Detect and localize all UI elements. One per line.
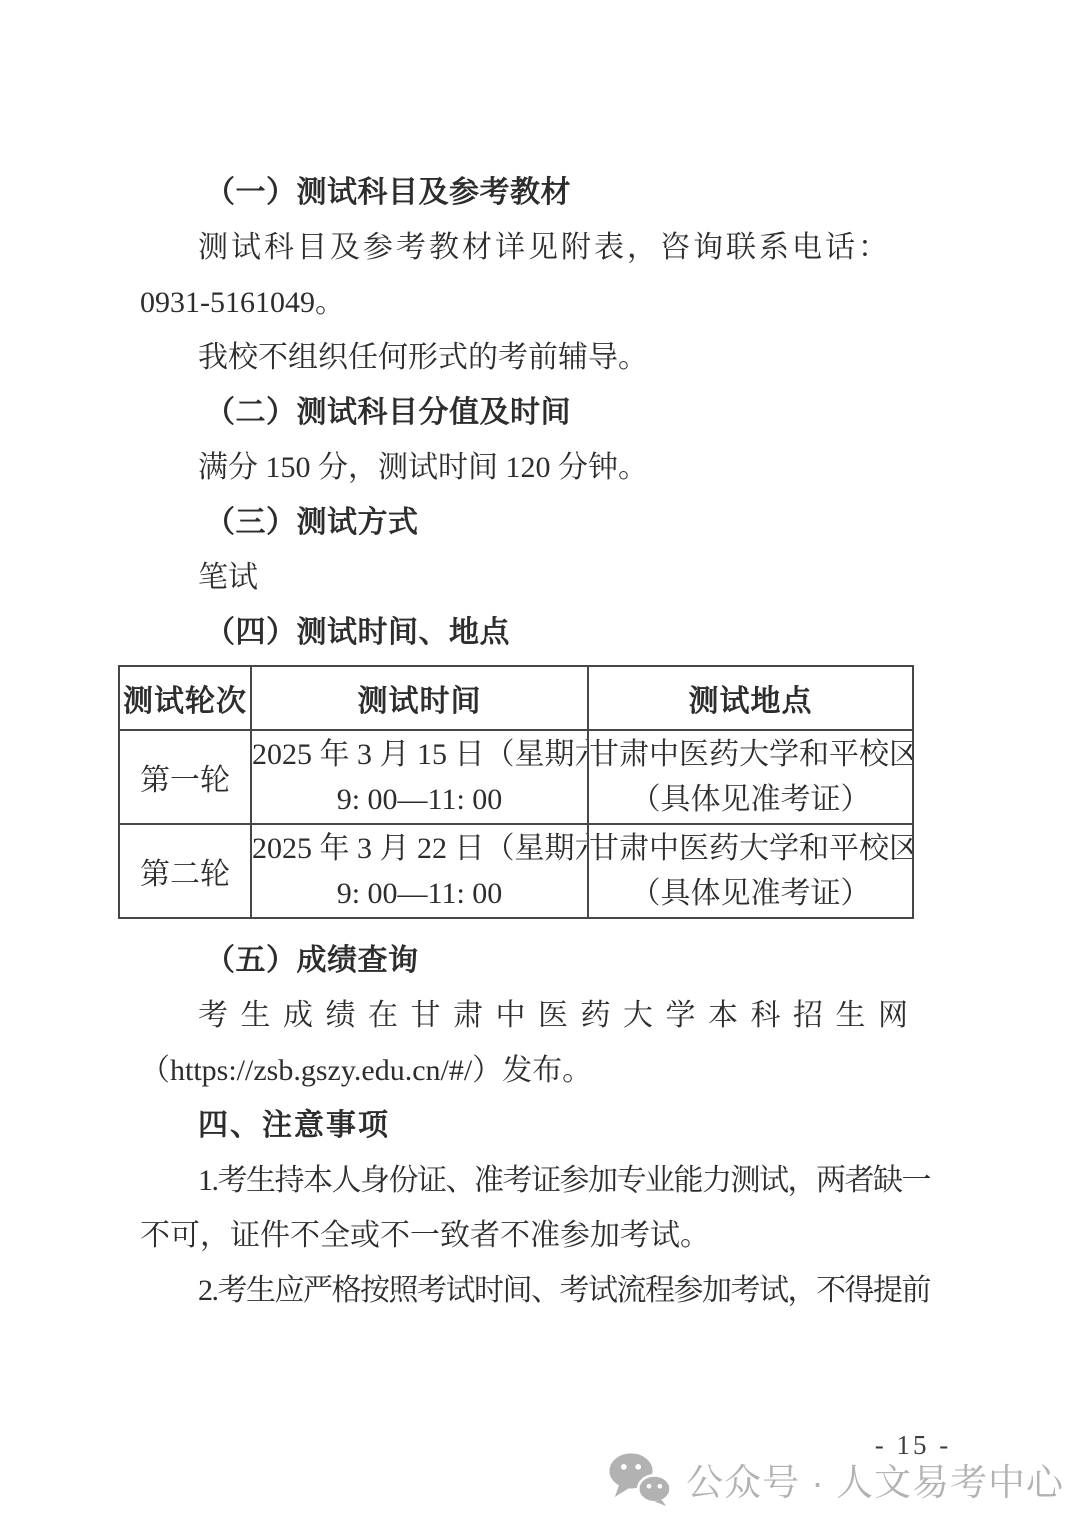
url-line: （https://zsb.gszy.edu.cn/#/）发布。: [140, 1043, 1080, 1098]
paragraph-line: 考生成绩在甘肃中医药大学本科招生网: [140, 988, 1080, 1043]
section-heading-4: （四）测试时间、地点: [140, 605, 1080, 660]
cell-location-name: 甘肃中医药大学和平校区: [589, 732, 912, 777]
section-heading-2: （二）测试科目分值及时间: [140, 385, 1080, 440]
section-heading-notes: 四、注意事项: [140, 1098, 1080, 1153]
cell-location-name: 甘肃中医药大学和平校区: [589, 826, 912, 871]
paragraph-line: 笔试: [140, 550, 1080, 605]
note-item-line: 2.考生应严格按照考试时间、考试流程参加考试，不得提前: [140, 1263, 1080, 1318]
section-heading-1: （一）测试科目及参考教材: [140, 165, 1080, 220]
cell-time: 2025 年 3 月 15 日（星期六） 9: 00—11: 00: [251, 730, 588, 824]
header-cell-time: 测试时间: [251, 666, 588, 730]
note-item-line: 不可，证件不全或不一致者不准参加考试。: [140, 1208, 1080, 1263]
note-item-line: 1.考生持本人身份证、准考证参加专业能力测试，两者缺一: [140, 1153, 1080, 1208]
cell-location-note: （具体见准考证）: [589, 871, 912, 916]
header-cell-round: 测试轮次: [119, 666, 251, 730]
table-row: 第二轮 2025 年 3 月 22 日（星期六） 9: 00—11: 00 甘肃…: [119, 824, 913, 918]
watermark-label: 公众号 · 人文易考中心: [686, 1452, 1064, 1506]
paragraph-line: 我校不组织任何形式的考前辅导。: [140, 330, 1080, 385]
cell-time-hours: 9: 00—11: 00: [252, 871, 587, 916]
cell-location: 甘肃中医药大学和平校区 （具体见准考证）: [588, 824, 913, 918]
phone-number-line: 0931-5161049。: [140, 275, 1080, 330]
document-page: { "page": { "number_label": "- 15 -" }, …: [0, 0, 1080, 1527]
section-heading-3: （三）测试方式: [140, 495, 1080, 550]
cell-round: 第一轮: [119, 730, 251, 824]
test-schedule-table: 测试轮次 测试时间 测试地点 第一轮 2025 年 3 月 15 日（星期六） …: [118, 665, 914, 919]
paragraph-line: 满分 150 分，测试时间 120 分钟。: [140, 440, 1080, 495]
watermark: 公众号 · 人文易考中心: [606, 1452, 1064, 1506]
cell-time-date: 2025 年 3 月 22 日（星期六）: [252, 826, 587, 871]
document-content: （一）测试科目及参考教材 测试科目及参考教材详见附表，咨询联系电话： 0931-…: [0, 0, 1080, 1318]
wechat-icon: [606, 1452, 674, 1506]
cell-time-date: 2025 年 3 月 15 日（星期六）: [252, 732, 587, 777]
table-header-row: 测试轮次 测试时间 测试地点: [119, 666, 913, 730]
cell-time-hours: 9: 00—11: 00: [252, 777, 587, 822]
header-cell-location: 测试地点: [588, 666, 913, 730]
cell-location: 甘肃中医药大学和平校区 （具体见准考证）: [588, 730, 913, 824]
cell-time: 2025 年 3 月 22 日（星期六） 9: 00—11: 00: [251, 824, 588, 918]
table-row: 第一轮 2025 年 3 月 15 日（星期六） 9: 00—11: 00 甘肃…: [119, 730, 913, 824]
section-heading-5: （五）成绩查询: [140, 933, 1080, 988]
paragraph-line: 测试科目及参考教材详见附表，咨询联系电话：: [140, 220, 1080, 275]
cell-round: 第二轮: [119, 824, 251, 918]
cell-location-note: （具体见准考证）: [589, 777, 912, 822]
